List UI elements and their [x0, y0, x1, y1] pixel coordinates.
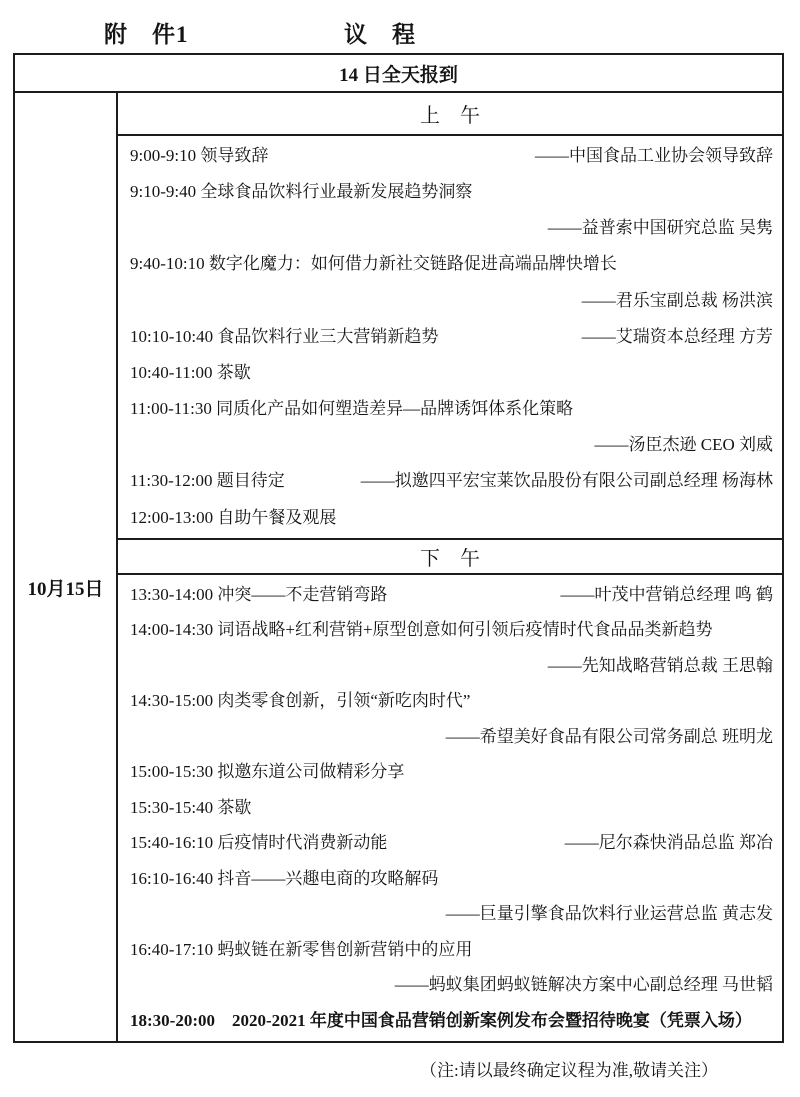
agenda-item: 15:40-16:10 后疫情时代消费新动能——尼尔森快消品总监 郑冶 [130, 833, 773, 853]
agenda-content-column: 上 午 9:00-9:10 领导致辞——中国食品工业协会领导致辞9:10-9:4… [118, 93, 782, 1041]
agenda-item-topic: 9:10-9:40 全球食品饮料行业最新发展趋势洞察 [130, 182, 472, 202]
agenda-item: 16:10-16:40 抖音——兴趣电商的攻略解码 [130, 869, 773, 889]
afternoon-session-header: 下 午 [118, 540, 782, 575]
date-label: 10月15日 [27, 574, 103, 601]
agenda-item: ——希望美好食品有限公司常务副总 班明龙 [130, 727, 773, 747]
footnote: （注:请以最终确定议程为准,敬请关注） [420, 1056, 718, 1081]
agenda-item: ——巨量引擎食品饮料行业运营总监 黄志发 [130, 904, 773, 924]
document-title-row: 附 件1 议 程 [0, 16, 800, 50]
agenda-item-speaker: ——希望美好食品有限公司常务副总 班明龙 [446, 727, 773, 747]
agenda-item: 10:10-10:40 食品饮料行业三大营销新趋势——艾瑞资本总经理 方芳 [130, 327, 773, 347]
agenda-item-topic: 15:00-15:30 拟邀东道公司做精彩分享 [130, 762, 404, 782]
attachment-label: 附 件1 [104, 16, 189, 49]
agenda-item-speaker: ——先知战略营销总裁 王思翰 [548, 656, 773, 676]
agenda-item-topic: 9:00-9:10 领导致辞 [130, 146, 268, 166]
agenda-item-topic: 14:00-14:30 词语战略+红利营销+原型创意如何引领后疫情时代食品品类新… [130, 620, 713, 640]
agenda-item-speaker: ——蚂蚁集团蚂蚁链解决方案中心副总经理 马世韬 [395, 975, 773, 995]
agenda-item: 11:30-12:00 题目待定——拟邀四平宏宝莱饮品股份有限公司副总经理 杨海… [130, 471, 773, 491]
agenda-item-topic: 14:30-15:00 肉类零食创新，引领“新吃肉时代” [130, 691, 470, 711]
agenda-item-speaker: ——益普索中国研究总监 吴隽 [548, 218, 773, 238]
agenda-item-speaker: ——拟邀四平宏宝莱饮品股份有限公司副总经理 杨海林 [361, 471, 773, 491]
agenda-item-speaker: ——汤臣杰逊 CEO 刘威 [595, 435, 774, 455]
agenda-item-topic: 16:10-16:40 抖音——兴趣电商的攻略解码 [130, 869, 438, 889]
agenda-item-topic: 9:40-10:10 数字化魔力：如何借力新社交链路促进高端品牌快增长 [130, 254, 617, 274]
agenda-item: ——汤臣杰逊 CEO 刘威 [130, 435, 773, 455]
agenda-item: 15:30-15:40 茶歇 [130, 798, 773, 818]
agenda-item: 14:00-14:30 词语战略+红利营销+原型创意如何引领后疫情时代食品品类新… [130, 620, 773, 640]
agenda-item-topic: 15:30-15:40 茶歇 [130, 798, 251, 818]
agenda-item-topic: 11:30-12:00 题目待定 [130, 471, 285, 491]
date-cell: 10月15日 [15, 93, 118, 1041]
agenda-item: 9:00-9:10 领导致辞——中国食品工业协会领导致辞 [130, 146, 773, 166]
agenda-item-topic: 10:40-11:00 茶歇 [130, 363, 251, 383]
agenda-item: ——益普索中国研究总监 吴隽 [130, 218, 773, 238]
agenda-item-speaker: ——艾瑞资本总经理 方芳 [582, 327, 773, 347]
page-title: 议 程 [344, 16, 416, 49]
agenda-item-speaker: ——巨量引擎食品饮料行业运营总监 黄志发 [446, 904, 773, 924]
agenda-item-topic: 13:30-14:00 冲突——不走营销弯路 [130, 585, 387, 605]
agenda-item: 16:40-17:10 蚂蚁链在新零售创新营销中的应用 [130, 940, 773, 960]
agenda-table: 14 日全天报到 10月15日 上 午 9:00-9:10 领导致辞——中国食品… [13, 53, 784, 1043]
agenda-item: ——蚂蚁集团蚂蚁链解决方案中心副总经理 马世韬 [130, 975, 773, 995]
agenda-item-topic: 16:40-17:10 蚂蚁链在新零售创新营销中的应用 [130, 940, 472, 960]
agenda-item: 11:00-11:30 同质化产品如何塑造差异—品牌诱饵体系化策略 [130, 399, 773, 419]
agenda-item-topic: 10:10-10:40 食品饮料行业三大营销新趋势 [130, 327, 438, 347]
afternoon-items-list: 13:30-14:00 冲突——不走营销弯路——叶茂中营销总经理 鸣 鹤14:0… [118, 575, 782, 1041]
agenda-item: 12:00-13:00 自助午餐及观展 [130, 508, 773, 528]
agenda-item: 14:30-15:00 肉类零食创新，引领“新吃肉时代” [130, 691, 773, 711]
agenda-item-speaker: ——君乐宝副总裁 杨洪滨 [582, 291, 773, 311]
agenda-item: 18:30-20:00 2020-2021 年度中国食品营销创新案例发布会暨招待… [130, 1011, 773, 1031]
agenda-item: 13:30-14:00 冲突——不走营销弯路——叶茂中营销总经理 鸣 鹤 [130, 585, 773, 605]
agenda-item-topic: 11:00-11:30 同质化产品如何塑造差异—品牌诱饵体系化策略 [130, 399, 573, 419]
agenda-item-speaker: ——中国食品工业协会领导致辞 [535, 146, 773, 166]
agenda-item-topic: 12:00-13:00 自助午餐及观展 [130, 508, 336, 528]
agenda-item: ——君乐宝副总裁 杨洪滨 [130, 291, 773, 311]
agenda-item: ——先知战略营销总裁 王思翰 [130, 656, 773, 676]
agenda-item: 10:40-11:00 茶歇 [130, 363, 773, 383]
agenda-item: 9:10-9:40 全球食品饮料行业最新发展趋势洞察 [130, 182, 773, 202]
agenda-main-row: 10月15日 上 午 9:00-9:10 领导致辞——中国食品工业协会领导致辞9… [15, 93, 782, 1041]
morning-session-header: 上 午 [118, 93, 782, 136]
registration-row: 14 日全天报到 [15, 55, 782, 93]
morning-items-list: 9:00-9:10 领导致辞——中国食品工业协会领导致辞9:10-9:40 全球… [118, 136, 782, 540]
agenda-item: 9:40-10:10 数字化魔力：如何借力新社交链路促进高端品牌快增长 [130, 254, 773, 274]
agenda-item-topic: 18:30-20:00 2020-2021 年度中国食品营销创新案例发布会暨招待… [130, 1011, 752, 1031]
agenda-item: 15:00-15:30 拟邀东道公司做精彩分享 [130, 762, 773, 782]
agenda-item-topic: 15:40-16:10 后疫情时代消费新动能 [130, 833, 387, 853]
agenda-item-speaker: ——叶茂中营销总经理 鸣 鹤 [561, 585, 774, 605]
agenda-item-speaker: ——尼尔森快消品总监 郑冶 [565, 833, 773, 853]
